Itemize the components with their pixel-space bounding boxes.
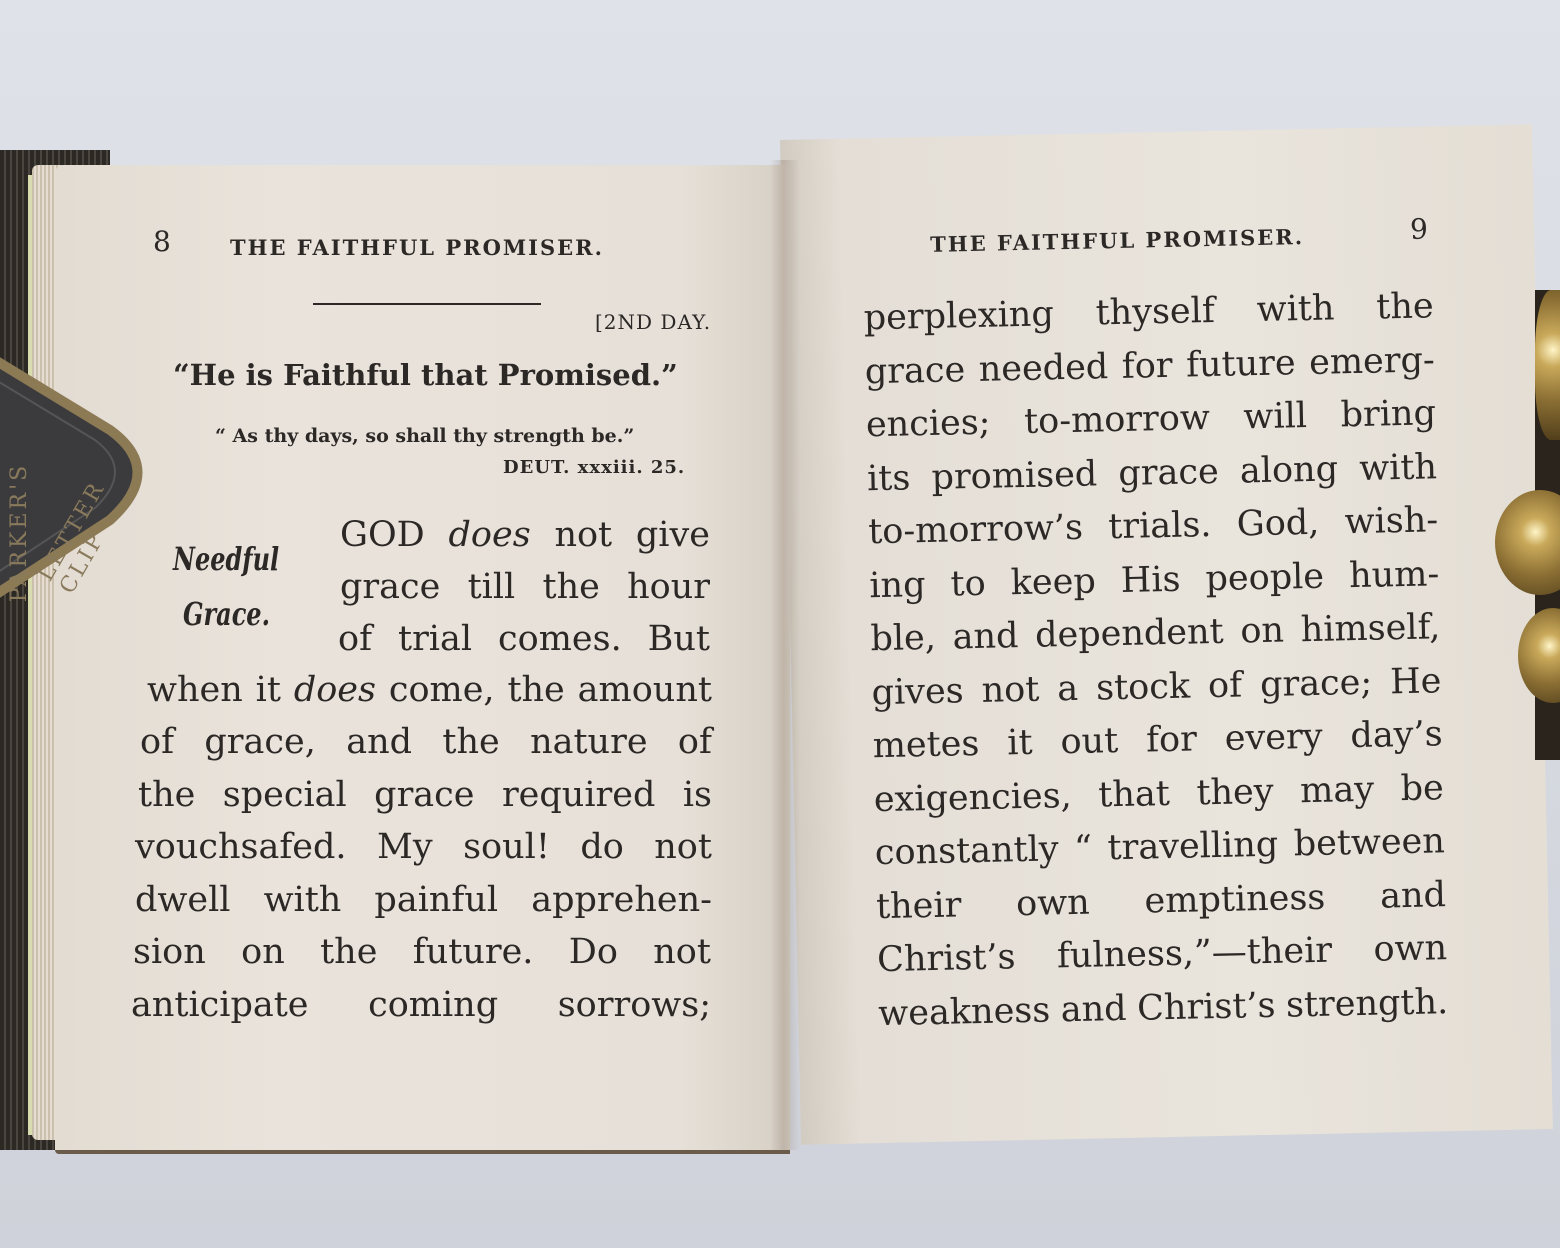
word: own <box>1016 882 1090 924</box>
text-line: gracetillthehour <box>340 567 710 607</box>
word: of <box>678 722 712 762</box>
word: My <box>377 827 433 867</box>
letter-clip: PARKER'S LETTER CLIP <box>0 280 160 680</box>
word: out <box>1060 721 1119 762</box>
word: the <box>442 722 499 762</box>
word: and <box>952 616 1019 657</box>
word: its <box>867 458 911 499</box>
word: of <box>1208 665 1243 706</box>
word: vouchsafed. <box>135 827 347 867</box>
word: not <box>981 669 1040 710</box>
text-line: perplexingthyselfwiththe <box>863 286 1434 338</box>
word: coming <box>368 985 498 1025</box>
word: GOD <box>340 515 425 555</box>
text-line: to-morrow’strials.God,wish- <box>868 500 1439 552</box>
text-line: Christ’sfulness,”—theirown <box>877 928 1448 980</box>
word: of <box>338 619 372 659</box>
word: for <box>1146 719 1198 760</box>
word: day’s <box>1350 714 1443 756</box>
text-line: encies;to-morrowwillbring <box>866 393 1437 445</box>
word: dependent <box>1035 612 1224 656</box>
word: people <box>1205 556 1324 598</box>
text-line: ofgrace,andthenatureof <box>140 722 712 762</box>
word: required <box>502 775 655 815</box>
word: future <box>1186 343 1296 385</box>
word: constantly <box>875 829 1059 873</box>
word: may <box>1300 769 1375 811</box>
clip-text-parkers: PARKER'S <box>7 463 32 602</box>
text-line: vouchsafed.Mysoul!donot <box>135 827 712 867</box>
word: Christ’s <box>877 937 1016 980</box>
word: emerg- <box>1309 340 1435 383</box>
left-running-head: THE FAITHFUL PROMISER. <box>230 235 604 260</box>
word: it <box>256 670 281 710</box>
text-line: thespecialgracerequiredis <box>138 775 712 815</box>
word: till <box>468 567 516 607</box>
word: does <box>449 515 531 555</box>
right-page: THE FAITHFUL PROMISER. 9 perplexingthyse… <box>780 124 1553 1145</box>
left-page-number: 8 <box>153 225 171 258</box>
word: will <box>1243 396 1307 437</box>
word: with <box>1359 447 1438 489</box>
word: exigencies, <box>873 776 1072 820</box>
word: not <box>654 827 712 867</box>
word: ing <box>869 565 926 606</box>
word: give <box>636 515 710 555</box>
word: hum- <box>1349 554 1440 596</box>
word: the <box>138 775 195 815</box>
word: they <box>1196 771 1274 813</box>
right-running-head: THE FAITHFUL PROMISER. <box>930 224 1304 257</box>
brass-top <box>1535 290 1560 440</box>
word: the <box>543 567 600 607</box>
section-rule <box>313 303 541 305</box>
word: and <box>1380 875 1447 916</box>
word: on <box>1240 611 1284 652</box>
word: perplexing <box>863 294 1054 338</box>
word: with <box>264 880 342 920</box>
word: gives <box>871 671 964 713</box>
word: the <box>507 670 564 710</box>
word: ble, <box>870 618 936 659</box>
word: grace; <box>1260 662 1373 704</box>
text-line: itspromisedgracealongwith <box>867 447 1438 499</box>
citation: DEUT. xxxiii. 25. <box>503 457 685 478</box>
word: His <box>1120 559 1181 600</box>
chapter-title: “He is Faithful that Promised.” <box>173 358 678 392</box>
word: bring <box>1340 393 1436 435</box>
word: with <box>1256 288 1335 330</box>
text-line: whenitdoescome,theamount <box>147 670 712 710</box>
word: painful <box>374 880 498 920</box>
word: strength. <box>1286 982 1449 1025</box>
gutter-shadow <box>770 160 800 1150</box>
word: Do <box>569 932 618 972</box>
word: grace <box>340 567 440 607</box>
word: nature <box>530 722 647 762</box>
word: do <box>580 827 623 867</box>
word: to-morrow <box>1024 398 1211 442</box>
marginal-heading-1: Needful <box>173 540 279 578</box>
word: for <box>1121 345 1173 386</box>
text-line: givesnotastockofgrace;He <box>871 661 1442 713</box>
text-line: anticipatecomingsorrows; <box>131 985 711 1025</box>
left-page: 8 THE FAITHFUL PROMISER. [2ND DAY. “He i… <box>55 165 790 1154</box>
word: when <box>147 670 243 710</box>
word: be <box>1400 768 1444 809</box>
text-line: exigencies,thattheymaybe <box>873 768 1444 820</box>
word: grace, <box>204 722 315 762</box>
word: of <box>140 722 174 762</box>
word: weakness <box>878 990 1051 1034</box>
text-line: ingtokeepHispeoplehum- <box>869 554 1440 606</box>
marginal-heading-2: Grace. <box>183 595 270 633</box>
word: needed <box>978 347 1108 390</box>
word: wish- <box>1344 500 1438 542</box>
word: and <box>346 722 412 762</box>
epigraph: “ As thy days, so shall thy strength be.… <box>215 425 634 447</box>
word: grace <box>1118 451 1219 493</box>
word: emptiness <box>1144 877 1326 921</box>
word: anticipate <box>131 985 309 1025</box>
word: trial <box>398 619 472 659</box>
word: Christ’s <box>1137 985 1276 1028</box>
text-line: graceneededforfutureemerg- <box>864 340 1435 392</box>
word: But <box>648 619 710 659</box>
word: keep <box>1010 561 1096 603</box>
word: own <box>1373 928 1447 970</box>
word: comes. <box>498 619 622 659</box>
text-line: ble,anddependentonhimself, <box>870 607 1441 659</box>
word: himself, <box>1300 607 1440 650</box>
word: fulness,”—their <box>1057 931 1333 977</box>
word: apprehen- <box>531 880 712 920</box>
word: metes <box>872 724 979 766</box>
word: He <box>1390 661 1442 702</box>
word: amount <box>578 670 712 710</box>
word: their <box>876 885 962 927</box>
word: on <box>241 932 285 972</box>
word: does <box>294 670 376 710</box>
text-line: GODdoesnotgive <box>340 515 710 555</box>
word: special <box>223 775 347 815</box>
word: to <box>950 563 986 604</box>
text-line: siononthefuture.Donot <box>133 932 711 972</box>
word: is <box>683 775 712 815</box>
word: to-morrow’s <box>868 508 1084 552</box>
word: the <box>320 932 377 972</box>
word: travelling <box>1107 825 1278 869</box>
word: not <box>653 932 711 972</box>
right-page-number: 9 <box>1410 212 1429 245</box>
word: every <box>1224 717 1323 759</box>
word: thyself <box>1095 291 1215 333</box>
word: and <box>1060 988 1127 1029</box>
word: the <box>1376 286 1434 327</box>
word: sorrows; <box>558 985 711 1025</box>
text-line: oftrialcomes.But <box>338 619 710 659</box>
right-body: perplexingthyselfwiththegraceneededforfu… <box>780 124 1532 140</box>
word: it <box>1007 723 1033 764</box>
word: dwell <box>135 880 230 920</box>
word: promised <box>931 454 1097 497</box>
word: future. <box>413 932 534 972</box>
word: God, <box>1236 503 1319 545</box>
word: come, <box>389 670 495 710</box>
word: that <box>1098 773 1170 814</box>
day-label: [2ND DAY. <box>595 310 711 334</box>
word: along <box>1240 449 1339 491</box>
word: encies; <box>866 403 991 446</box>
word: not <box>554 515 612 555</box>
text-line: weaknessandChrist’sstrength. <box>878 982 1449 1034</box>
word: grace <box>374 775 474 815</box>
word: “ <box>1074 829 1093 869</box>
text-line: theirownemptinessand <box>876 875 1447 927</box>
word: grace <box>864 350 965 392</box>
text-line: metesitoutforeveryday’s <box>872 714 1443 766</box>
word: a <box>1057 668 1079 708</box>
word: stock <box>1096 666 1191 708</box>
word: between <box>1293 821 1445 864</box>
word: soul! <box>463 827 550 867</box>
word: hour <box>627 567 710 607</box>
word: sion <box>133 932 206 972</box>
word: trials. <box>1108 505 1212 547</box>
text-line: dwellwithpainfulapprehen- <box>135 880 712 920</box>
text-line: constantly“travellingbetween <box>875 821 1446 873</box>
